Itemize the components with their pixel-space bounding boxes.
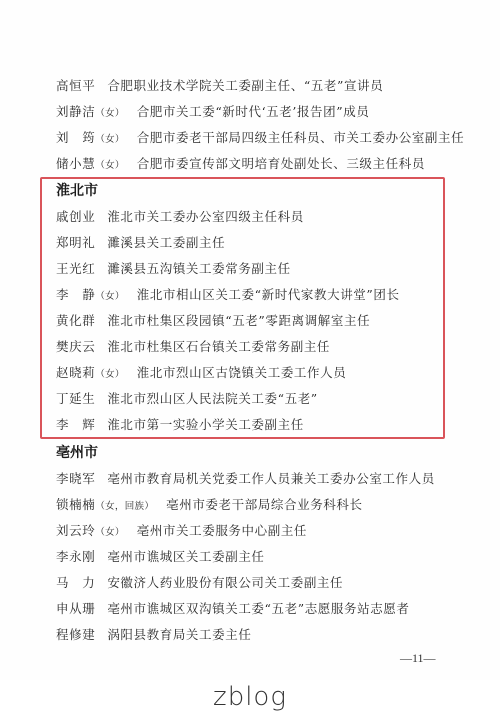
list-item: 李 静（女）淮北市相山区关工委“新时代家教大讲堂”团长 xyxy=(56,285,400,305)
person-title: 合肥市关工委“新时代‘五老’报告团”成员 xyxy=(137,102,370,122)
person-title: 涡阳县教育局关工委主任 xyxy=(107,625,251,645)
list-item: 赵晓莉（女）淮北市烈山区古饶镇关工委工作人员 xyxy=(56,363,346,383)
person-name: 马 力 xyxy=(56,573,95,593)
person-title: 亳州市谯城区双沟镇关工委“五老”志愿服务站志愿者 xyxy=(107,599,409,619)
watermark-text: zblog xyxy=(0,682,500,712)
list-item: 郑明礼濉溪县关工委副主任 xyxy=(56,233,225,253)
person-note: （女） xyxy=(95,291,124,302)
person-name: 刘云玲 xyxy=(56,521,95,541)
list-item: 李 辉淮北市第一实验小学关工委副主任 xyxy=(56,415,304,435)
person-note: （女） xyxy=(95,160,124,171)
person-name: 高恒平 xyxy=(56,76,95,96)
page-number: —11— xyxy=(400,651,436,666)
list-item: 高恒平合肥职业技术学院关工委副主任、“五老”宣讲员 xyxy=(56,76,383,96)
person-title: 淮北市烈山区古饶镇关工委工作人员 xyxy=(137,363,347,383)
person-note: （女） xyxy=(95,527,124,538)
person-name: 李晓军 xyxy=(56,469,95,489)
list-item: 樊庆云淮北市杜集区石台镇关工委常务副主任 xyxy=(56,337,330,357)
person-name: 程修建 xyxy=(56,625,95,645)
list-item: 戚创业淮北市关工委办公室四级主任科员 xyxy=(56,207,304,227)
person-name: 储小慧 xyxy=(56,154,95,174)
person-name: 刘静洁 xyxy=(56,102,95,122)
list-item: 程修建涡阳县教育局关工委主任 xyxy=(56,625,251,645)
list-item: 黄化群淮北市杜集区段园镇“五老”零距离调解室主任 xyxy=(56,311,370,331)
list-item: 储小慧（女）合肥市委宣传部文明培育处副处长、三级主任科员 xyxy=(56,154,425,174)
list-item: 王光红濉溪县五沟镇关工委常务副主任 xyxy=(56,259,291,279)
person-name: 李永刚 xyxy=(56,547,95,567)
person-title: 合肥市委老干部局四级主任科员、市关工委办公室副主任 xyxy=(137,128,465,148)
person-name: 李 辉 xyxy=(56,415,95,435)
person-title: 亳州市委老干部局综合业务科科长 xyxy=(166,495,363,515)
list-item: 丁延生淮北市烈山区人民法院关工委“五老” xyxy=(56,389,318,409)
person-name: 赵晓莉 xyxy=(56,363,95,383)
list-item: 刘云玲（女）亳州市关工委服务中心副主任 xyxy=(56,521,307,541)
section-title-huaibei: 淮北市 xyxy=(56,180,98,202)
list-item: 马 力安徽济人药业股份有限公司关工委副主任 xyxy=(56,573,343,593)
person-name: 锁楠楠 xyxy=(56,495,95,515)
person-note: （女，回族） xyxy=(95,501,154,512)
person-title: 淮北市杜集区石台镇关工委常务副主任 xyxy=(107,337,330,357)
person-title: 合肥职业技术学院关工委副主任、“五老”宣讲员 xyxy=(107,76,383,96)
list-item: 李晓军亳州市教育局机关党委工作人员兼关工委办公室工作人员 xyxy=(56,469,435,489)
person-name: 申从珊 xyxy=(56,599,95,619)
person-title: 淮北市相山区关工委“新时代家教大讲堂”团长 xyxy=(137,285,400,305)
list-item: 刘 筠（女）合肥市委老干部局四级主任科员、市关工委办公室副主任 xyxy=(56,128,464,148)
list-item: 申从珊亳州市谯城区双沟镇关工委“五老”志愿服务站志愿者 xyxy=(56,599,410,619)
person-title: 濉溪县关工委副主任 xyxy=(107,233,225,253)
person-title: 淮北市烈山区人民法院关工委“五老” xyxy=(107,389,317,409)
person-title: 淮北市第一实验小学关工委副主任 xyxy=(107,415,304,435)
person-title: 安徽济人药业股份有限公司关工委副主任 xyxy=(107,573,343,593)
person-name: 黄化群 xyxy=(56,311,95,331)
person-note: （女） xyxy=(95,134,124,145)
list-item: 锁楠楠（女，回族）亳州市委老干部局综合业务科科长 xyxy=(56,495,363,515)
list-item: 刘静洁（女）合肥市关工委“新时代‘五老’报告团”成员 xyxy=(56,102,369,122)
person-title: 淮北市关工委办公室四级主任科员 xyxy=(107,207,304,227)
person-name: 丁延生 xyxy=(56,389,95,409)
list-item: 李永刚亳州市谯城区关工委副主任 xyxy=(56,547,265,567)
person-note: （女） xyxy=(95,369,124,380)
person-title: 亳州市谯城区关工委副主任 xyxy=(107,547,264,567)
person-title: 濉溪县五沟镇关工委常务副主任 xyxy=(107,259,290,279)
person-name: 戚创业 xyxy=(56,207,95,227)
person-title: 合肥市委宣传部文明培育处副处长、三级主任科员 xyxy=(137,154,425,174)
person-name: 郑明礼 xyxy=(56,233,95,253)
person-name: 王光红 xyxy=(56,259,95,279)
person-title: 淮北市杜集区段园镇“五老”零距离调解室主任 xyxy=(107,311,370,331)
person-title: 亳州市关工委服务中心副主任 xyxy=(137,521,307,541)
person-name: 樊庆云 xyxy=(56,337,95,357)
person-note: （女） xyxy=(95,108,124,119)
person-name: 刘 筠 xyxy=(56,128,95,148)
person-name: 李 静 xyxy=(56,285,95,305)
document-page: 高恒平合肥职业技术学院关工委副主任、“五老”宣讲员 刘静洁（女）合肥市关工委“新… xyxy=(0,0,500,680)
person-title: 亳州市教育局机关党委工作人员兼关工委办公室工作人员 xyxy=(107,469,435,489)
section-title-bozhou: 亳州市 xyxy=(56,442,98,464)
